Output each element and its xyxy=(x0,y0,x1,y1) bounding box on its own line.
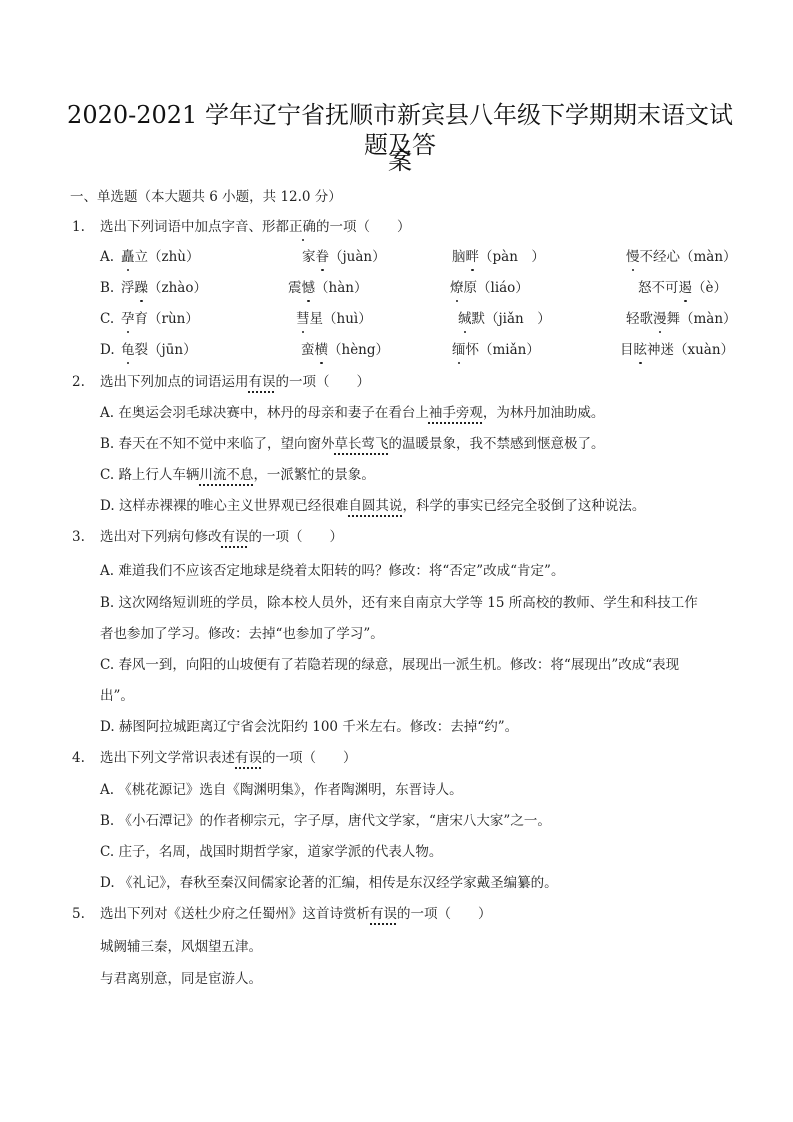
cell-text: 舞（màn） xyxy=(667,311,737,327)
option-cell: 目眩神迷（xuàn） xyxy=(620,341,734,359)
option-cell: 慢不经心（màn） xyxy=(626,248,737,266)
option-c: C. 庄子，名周，战国时期哲学家，道家学派的代表人物。 xyxy=(100,843,442,861)
option-cell: 蛮横（hèng） xyxy=(301,341,389,359)
document-title-line2: 案 xyxy=(60,146,740,176)
option-text: ，科学的事实已经完全驳倒了这种说法。 xyxy=(402,498,645,514)
emphasized-text: 有误 xyxy=(249,374,276,390)
option-text: 春风一到，向阳的山坡便有了若隐若现的绿意，展现出一派生机。修改：将“展现出”改成… xyxy=(118,657,679,673)
question-stem: 选出对下列病句修改有误的一项（ ） xyxy=(100,528,343,546)
option-label: C. xyxy=(100,467,114,483)
option-text: 《礼记》，春秋至秦汉间儒家论著的汇编，相传是东汉经学家戴圣编纂的。 xyxy=(119,875,558,891)
cell-text: 怀（miǎn） xyxy=(466,342,540,358)
cell-text: 裂（jūn） xyxy=(135,342,197,358)
cell-text: 浮 xyxy=(121,280,135,296)
option-text: 这次网络短训班的学员，除本校人员外，还有来自南京大学等 15 所高校的教师、学生… xyxy=(119,595,698,611)
stem-text: 的一项（ ） xyxy=(262,750,357,766)
option-a: A. 难道我们不应该否定地球是绕着太阳转的吗？修改：将“否定”改成“肯定”。 xyxy=(100,562,564,580)
cell-text: （è） xyxy=(692,280,727,296)
stem-text: 的一项（ ） xyxy=(397,906,492,922)
option-text: 这样赤裸裸的唯心主义世界观已经很难 xyxy=(119,498,349,514)
cell-text: （juàn） xyxy=(329,249,386,265)
option-cell: 脑畔（pàn ） xyxy=(452,248,545,266)
option-d: D. 《礼记》，春秋至秦汉间儒家论著的汇编，相传是东汉经学家戴圣编纂的。 xyxy=(100,874,558,892)
stem-text: 选出下列文学常识表述 xyxy=(100,750,235,766)
emphasized-text: 有误 xyxy=(235,750,262,766)
option-text: 难道我们不应该否定地球是绕着太阳转的吗？修改：将“否定”改成“肯定”。 xyxy=(118,563,564,579)
cell-text: （pàn ） xyxy=(479,249,545,265)
option-d: D. 赫图阿拉城距离辽宁省会沈阳约 100 千米左右。修改：去掉“约”。 xyxy=(100,718,518,736)
question-number: 2. xyxy=(72,373,85,391)
cell-text: （zhào） xyxy=(148,280,207,296)
emphasized-char: 燎 xyxy=(450,279,464,297)
question-number: 4. xyxy=(72,749,85,767)
cell-text: 神迷（xuàn） xyxy=(647,342,734,358)
emphasized-char: 躁 xyxy=(135,279,149,297)
cell-text: 立（zhù） xyxy=(135,249,200,265)
option-b: B. 这次网络短训班的学员，除本校人员外，还有来自南京大学等 15 所高校的教师… xyxy=(100,594,698,612)
option-c: C. 春风一到，向阳的山坡便有了若隐若现的绿意，展现出一派生机。修改：将“展现出… xyxy=(100,656,679,674)
option-label: D. xyxy=(100,341,115,359)
option-b-continued: 者也参加了学习。修改：去掉“也参加了学习”。 xyxy=(100,625,384,643)
cell-text: 震 xyxy=(288,280,302,296)
option-label: C. xyxy=(100,844,114,860)
emphasized-text: 草长莺飞 xyxy=(335,436,389,452)
option-cell: 轻歌漫舞（màn） xyxy=(626,310,737,328)
option-label: B. xyxy=(100,279,114,297)
emphasized-text: 袖手旁观 xyxy=(429,405,483,421)
cell-text: 不经心（màn） xyxy=(640,249,737,265)
option-cell: 缄默（jiǎn ） xyxy=(458,310,551,328)
stem-text: 的一项（ ） xyxy=(249,529,344,545)
emphasized-char: 龟 xyxy=(121,341,135,359)
option-b: B. 《小石潭记》的作者柳宗元，字子厚，唐代文学家，“唐宋八大家”之一。 xyxy=(100,812,551,830)
option-d: D. 这样赤裸裸的唯心主义世界观已经很难自圆其说，科学的事实已经完全驳倒了这种说… xyxy=(100,497,645,515)
question-stem: 选出下列对《送杜少府之任蜀州》这首诗赏析有误的一项（ ） xyxy=(100,905,492,923)
emphasized-text: 正确 xyxy=(289,218,316,236)
emphasized-char: 横 xyxy=(315,341,329,359)
emphasized-char: 矗 xyxy=(121,248,135,266)
stem-text: 选出下列词语中加点字音、形都 xyxy=(100,219,289,235)
stem-text: 的一项（ ） xyxy=(316,219,411,235)
option-c: C. 路上行人车辆川流不息，一派繁忙的景象。 xyxy=(100,466,375,484)
question-number: 3. xyxy=(72,528,85,546)
emphasized-char: 憾 xyxy=(302,279,316,297)
option-text: 的温暖景象，我不禁感到惬意极了。 xyxy=(389,436,605,452)
option-label: D. xyxy=(100,498,115,514)
emphasized-char: 畔 xyxy=(466,248,480,266)
stem-text: 选出下列加点的词语运用 xyxy=(100,374,249,390)
option-label: B. xyxy=(100,595,114,611)
cell-text: （hàn） xyxy=(315,280,367,296)
cell-text: 目 xyxy=(620,342,634,358)
option-text: 路上行人车辆 xyxy=(118,467,199,483)
option-label: B. xyxy=(100,436,114,452)
option-cell: 怒不可遏（è） xyxy=(638,279,727,297)
stem-text: 的一项（ ） xyxy=(276,374,371,390)
cell-text: 育（rùn） xyxy=(135,311,199,327)
option-cell: 孕育（rùn） xyxy=(121,310,199,328)
question-number: 1. xyxy=(72,218,85,236)
cell-text: 怒不可 xyxy=(638,280,679,296)
poem-line: 与君离别意，同是宦游人。 xyxy=(100,970,262,988)
option-label: A. xyxy=(100,563,114,579)
option-label: A. xyxy=(100,248,114,266)
option-text: ，一派繁忙的景象。 xyxy=(253,467,375,483)
option-a: A. 在奥运会羽毛球决赛中，林丹的母亲和妻子在看台上袖手旁观，为林丹加油助威。 xyxy=(100,404,604,422)
cell-text: 轻歌 xyxy=(626,311,653,327)
emphasized-char: 眷 xyxy=(316,248,330,266)
option-c-continued: 出”。 xyxy=(100,687,134,705)
option-cell: 震憾（hàn） xyxy=(288,279,367,297)
question-number: 5. xyxy=(72,905,85,923)
poem-line: 城阙辅三秦，风烟望五津。 xyxy=(100,938,262,956)
cell-text: 蛮 xyxy=(301,342,315,358)
option-label: D. xyxy=(100,875,115,891)
option-cell: 彗星（huì） xyxy=(296,310,372,328)
cell-text: 默（jiǎn ） xyxy=(472,311,551,327)
emphasized-char: 慢 xyxy=(626,248,640,266)
exam-page: 2020-2021 学年辽宁省抚顺市新宾县八年级下学期期末语文试题及答 案 一、… xyxy=(0,0,793,1122)
emphasized-text: 有误 xyxy=(222,529,249,545)
option-text: 庄子，名周，战国时期哲学家，道家学派的代表人物。 xyxy=(118,844,442,860)
emphasized-text: 自圆其说 xyxy=(348,498,402,514)
option-text: 《小石潭记》的作者柳宗元，字子厚，唐代文学家，“唐宋八大家”之一。 xyxy=(119,813,551,829)
question-stem: 选出下列词语中加点字音、形都正确的一项（ ） xyxy=(100,218,411,236)
stem-text: 选出对下列病句修改 xyxy=(100,529,222,545)
option-label: B. xyxy=(100,813,114,829)
emphasized-char: 遏 xyxy=(679,279,693,297)
question-stem: 选出下列文学常识表述有误的一项（ ） xyxy=(100,749,357,767)
emphasized-char: 眩 xyxy=(634,341,648,359)
option-label: A. xyxy=(100,405,114,421)
emphasized-char: 孕 xyxy=(121,310,135,328)
option-cell: 浮躁（zhào） xyxy=(121,279,207,297)
option-text: 在奥运会羽毛球决赛中，林丹的母亲和妻子在看台上 xyxy=(118,405,429,421)
emphasized-char: 缄 xyxy=(458,310,472,328)
emphasized-char: 彗 xyxy=(296,310,310,328)
option-cell: 缅怀（miǎn） xyxy=(452,341,540,359)
option-b: B. 春天在不知不觉中来临了，望向窗外草长莺飞的温暖景象，我不禁感到惬意极了。 xyxy=(100,435,605,453)
stem-text: 选出下列对《送杜少府之任蜀州》这首诗赏析 xyxy=(100,906,370,922)
option-cell: 龟裂（jūn） xyxy=(121,341,197,359)
question-stem: 选出下列加点的词语运用有误的一项（ ） xyxy=(100,373,370,391)
option-text: 赫图阿拉城距离辽宁省会沈阳约 100 千米左右。修改：去掉“约”。 xyxy=(119,719,518,735)
section-header: 一、单选题（本大题共 6 小题，共 12.0 分） xyxy=(70,188,342,206)
emphasized-char: 漫 xyxy=(653,310,667,328)
emphasized-char: 缅 xyxy=(452,341,466,359)
option-text: 春天在不知不觉中来临了，望向窗外 xyxy=(119,436,335,452)
option-a: A. 《桃花源记》选自《陶渊明集》，作者陶渊明，东晋诗人。 xyxy=(100,781,463,799)
cell-text: （hèng） xyxy=(328,342,389,358)
option-label: C. xyxy=(100,310,114,328)
option-label: C. xyxy=(100,657,114,673)
cell-text: 原（liáo） xyxy=(464,280,529,296)
option-cell: 矗立（zhù） xyxy=(121,248,200,266)
option-text: 《桃花源记》选自《陶渊明集》，作者陶渊明，东晋诗人。 xyxy=(118,782,462,798)
option-text: ，为林丹加油助威。 xyxy=(483,405,605,421)
emphasized-text: 有误 xyxy=(370,906,397,922)
option-label: A. xyxy=(100,782,114,798)
option-label: D. xyxy=(100,719,115,735)
cell-text: 脑 xyxy=(452,249,466,265)
cell-text: 家 xyxy=(302,249,316,265)
option-cell: 家眷（juàn） xyxy=(302,248,386,266)
emphasized-text: 川流不息 xyxy=(199,467,253,483)
option-cell: 燎原（liáo） xyxy=(450,279,529,297)
cell-text: 星（huì） xyxy=(310,311,372,327)
